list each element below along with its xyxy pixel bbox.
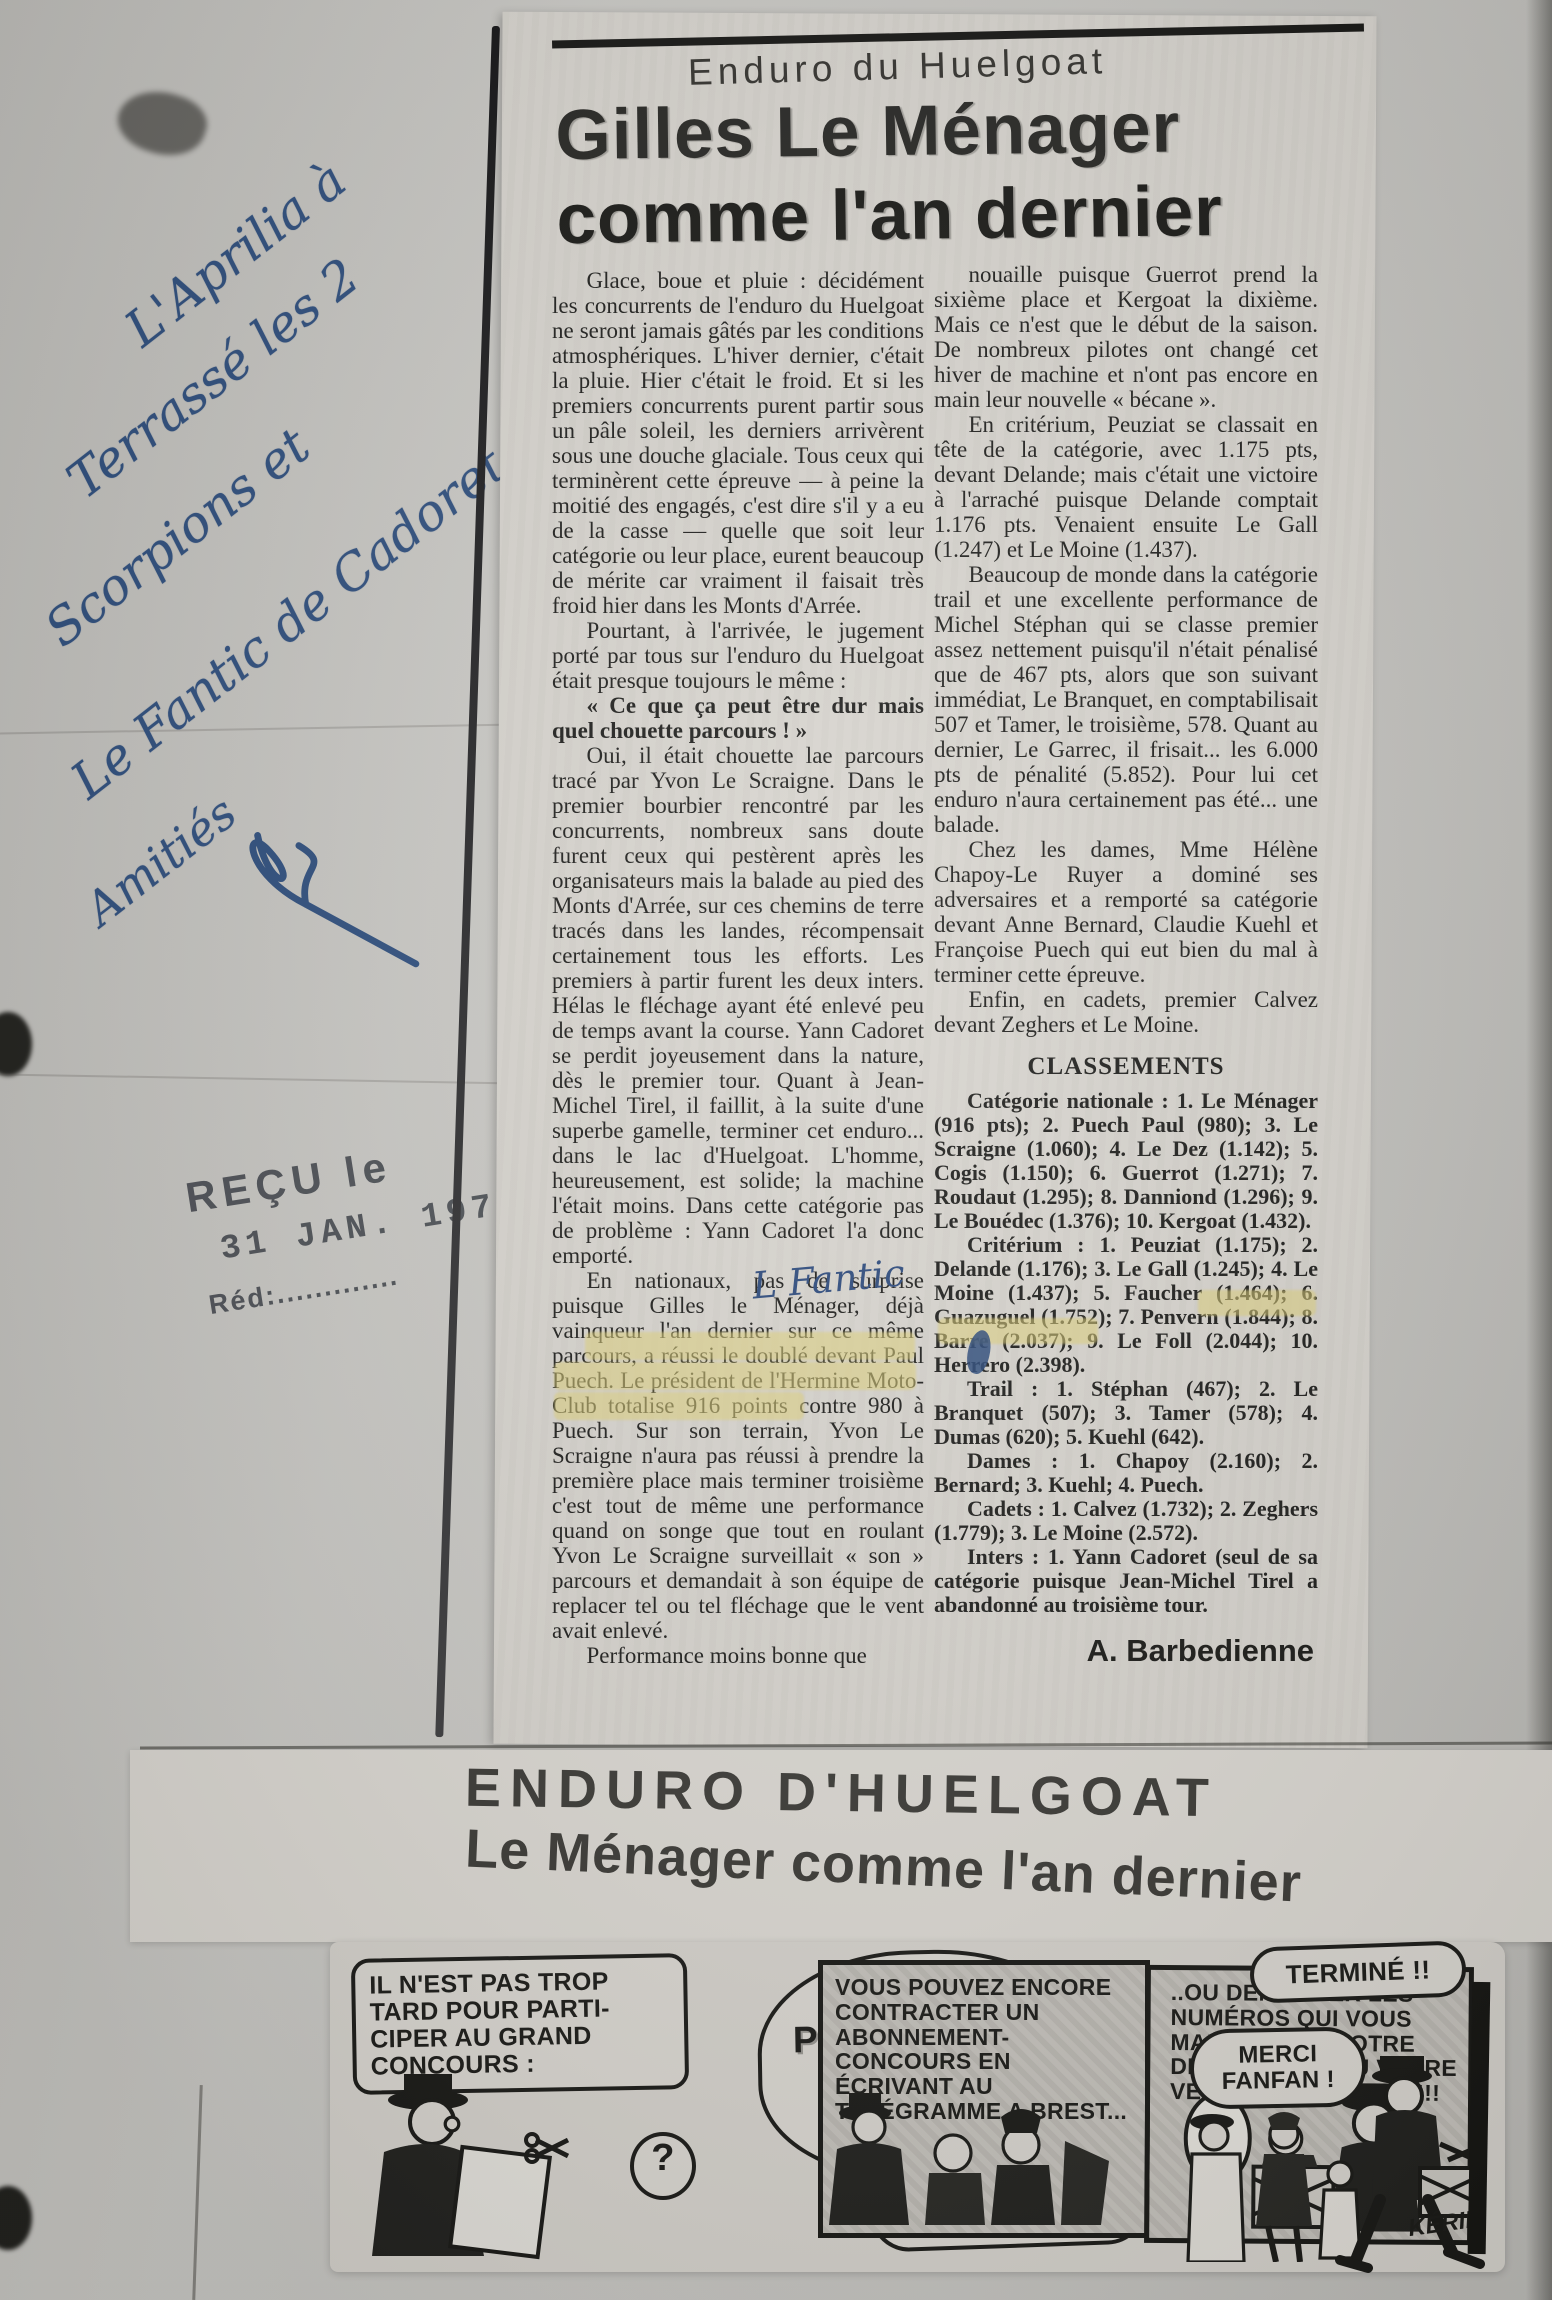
article-column-1: Glace, boue et pluie : décidément les co… (552, 268, 924, 1732)
speech-bubble-termine: TERMINÉ !! (1249, 1940, 1467, 2004)
classement-entry: Cadets : 1. Calvez (1.732); 2. Zeghers (… (934, 1497, 1318, 1545)
paragraph: Chez les dames, Mme Hélène Chapoy-Le Ruy… (934, 837, 1318, 987)
paragraph: En nationaux, pas de surprise puisque Gi… (552, 1268, 924, 1643)
highlighter-mark (585, 1332, 915, 1360)
highlighter-mark (1198, 1290, 1316, 1316)
page-edge-shadow (1526, 0, 1552, 2300)
paragraph: Pourtant, à l'arrivée, le jugement porté… (552, 618, 924, 693)
paper-crease (192, 2085, 203, 2300)
ink-smudge (111, 80, 214, 166)
scrapbook-page: L'Aprilia à Terrassé les 2 Scorpions et … (0, 0, 1552, 2300)
comic-strip-clipping: IL N'EST PAS TROP TARD POUR PARTI- CIPER… (330, 1942, 1505, 2272)
question-bubble: ? (630, 2132, 696, 2200)
highlighter-mark (938, 1318, 1098, 1344)
quote-paragraph: « Ce que ça peut être dur mais quel chou… (552, 693, 924, 743)
article-headline: Gilles Le Ménager comme l'an dernier (555, 86, 1223, 262)
classement-entry: Trail : 1. Stéphan (467); 2. Le Branquet… (934, 1377, 1318, 1449)
classement-entry: Catégorie nationale : 1. Le Ménager (916… (934, 1089, 1318, 1233)
byline: A. Barbedienne (934, 1633, 1318, 1669)
paragraph: Beaucoup de monde dans la catégorie trai… (934, 562, 1318, 837)
announcer-figure (360, 2072, 590, 2262)
highlighter-mark (554, 1362, 916, 1390)
bottom-headline-line1: ENDURO D'HUELGOAT (465, 1757, 1219, 1830)
handwritten-line: Le Fantic de Cadoret (60, 436, 516, 810)
classements-title: CLASSEMENTS (934, 1053, 1318, 1081)
paper-crease (0, 1073, 520, 1084)
classements-list: Catégorie nationale : 1. Le Ménager (916… (934, 1089, 1318, 1617)
headline-line1: Gilles Le Ménager (555, 86, 1222, 178)
clipping-left-edge (435, 26, 500, 1737)
paragraph-cutoff: Performance moins bonne que (552, 1643, 924, 1668)
paragraph: Enfin, en cadets, premier Calvez devant … (934, 987, 1318, 1037)
paragraph: nouaille puisque Guerrot prend la sixièm… (934, 262, 1318, 412)
headline-line2: comme l'an dernier (556, 170, 1223, 262)
highlighter-mark (554, 1392, 804, 1420)
hole-punch (0, 2186, 32, 2250)
paper-crease (0, 723, 520, 734)
received-stamp: REÇU le 31 JAN. 1979 Réd:............. (182, 1123, 532, 1322)
crowd-figures (829, 2085, 1129, 2225)
paragraph: Oui, il était chouette lae parcours trac… (552, 743, 924, 1268)
article-column-2: nouaille puisque Guerrot prend la sixièm… (934, 262, 1318, 1737)
classement-entry: Dames : 1. Chapoy (2.160); 2. Bernard; 3… (934, 1449, 1318, 1497)
classement-entry: Inters : 1. Yann Cadoret (seul de sa cat… (934, 1545, 1318, 1617)
comic-panel-2: VOUS POUVEZ ENCORE CONTRACTER UN ABONNEM… (818, 1960, 1150, 2238)
paragraph: En critérium, Peuziat se classait en têt… (934, 412, 1318, 562)
hole-punch (0, 1012, 32, 1076)
paragraph: Glace, boue et pluie : décidément les co… (552, 268, 924, 618)
